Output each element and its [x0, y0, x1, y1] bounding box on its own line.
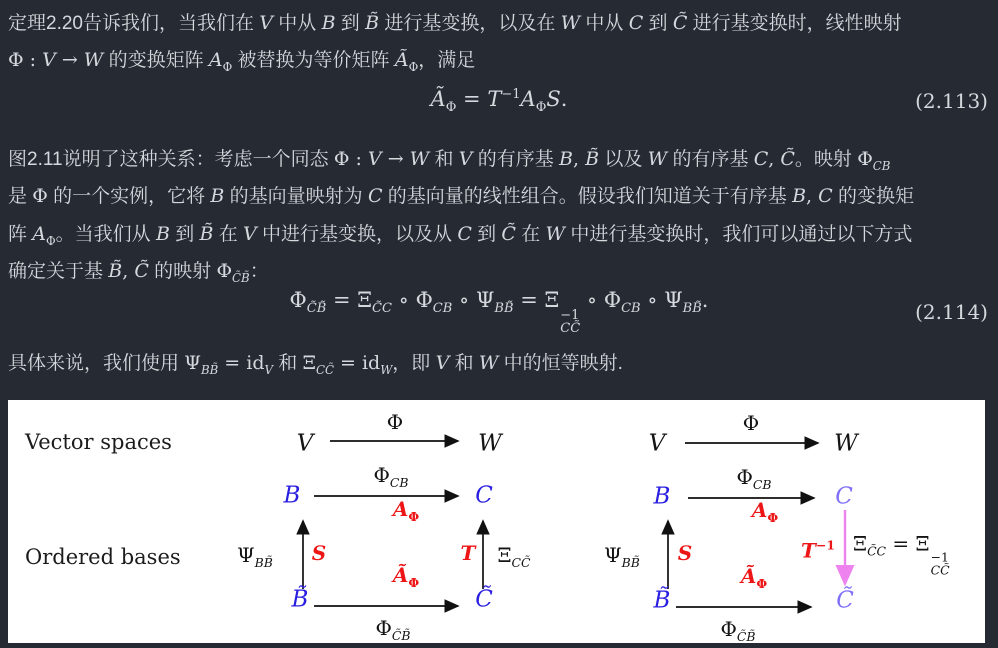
- paragraph2-line3: 阵 AΦ。当我们从 B 到 B̃ 在 V 中进行基变换，以及从 C 到 C̃ 在…: [8, 220, 994, 255]
- right-node-B: B: [654, 486, 671, 509]
- right-node-C: C: [835, 486, 853, 509]
- equation-2114-body: ΦC̃B̃ = ΞC̃C ∘ ΦCB ∘ ΨBB̃ = Ξ−1CC̃ ∘ ΦCB…: [290, 288, 709, 336]
- right-label-T-inverse: T−1: [801, 540, 835, 561]
- document-page: 定理2.20告诉我们，当我们在 V 中从 B 到 B̃ 进行基变换，以及在 W …: [0, 0, 998, 648]
- row-label-vector-spaces: Vector spaces: [25, 430, 172, 454]
- equation-2114: ΦC̃B̃ = ΞC̃C ∘ ΦCB ∘ ΨBB̃ = Ξ−1CC̃ ∘ ΦCB…: [0, 291, 998, 333]
- equation-2113: ÃΦ = T−1AΦS. (2.113): [0, 82, 998, 120]
- left-node-W: W: [478, 433, 502, 456]
- paragraph2-line1: 图2.11说明了这种关系：考虑一个同态 Φ : V → W 和 V 的有序基 B…: [8, 145, 994, 180]
- right-label-phi-ctbt: ΦC̃B̃: [721, 619, 756, 643]
- left-label-phi-ctbt: ΦC̃B̃: [376, 618, 411, 642]
- right-label-phi: Φ: [743, 413, 759, 433]
- left-node-V: V: [297, 433, 314, 456]
- right-label-S: S: [678, 543, 692, 563]
- equation-2113-tag: (2.113): [915, 89, 988, 113]
- right-label-psi-bbt: ΨBB̃: [604, 545, 640, 569]
- paragraph3-line1: 具体来说，我们使用 ΨBB̃ = idV 和 ΞCC̃ = idW，即 V 和 …: [8, 349, 994, 384]
- left-label-At-phi: ÃΦ: [393, 565, 419, 589]
- figure-2-11: Vector spaces Ordered bases V W Φ B C ΦC…: [8, 400, 985, 643]
- left-label-T: T: [461, 543, 476, 563]
- left-node-C: C: [475, 485, 493, 508]
- left-label-S: S: [312, 543, 326, 563]
- row-label-ordered-bases: Ordered bases: [25, 545, 181, 569]
- right-node-W: W: [834, 433, 858, 456]
- right-label-A-phi: AΦ: [752, 500, 778, 524]
- paragraph1-line1: 定理2.20告诉我们，当我们在 V 中从 B 到 B̃ 进行基变换，以及在 W …: [8, 9, 994, 38]
- left-label-phi: Φ: [387, 412, 403, 432]
- equation-2113-body: ÃΦ = T−1AΦS.: [431, 87, 568, 115]
- left-label-xi-cct: ΞCC̃: [497, 545, 530, 569]
- paragraph1-line2: Φ : V → W 的变换矩阵 AΦ 被替换为等价矩阵 ÃΦ，满足: [8, 46, 994, 81]
- right-label-At-phi: ÃΦ: [741, 566, 767, 590]
- left-label-A-phi: AΦ: [393, 499, 419, 523]
- equation-2114-tag: (2.114): [915, 300, 988, 324]
- left-node-Ct: C̃: [475, 589, 493, 612]
- left-node-Bt: B̃: [292, 589, 309, 612]
- right-node-Bt: B̃: [654, 590, 671, 613]
- paragraph2-line2: 是 Φ 的一个实例，它将 B 的基向量映射为 C 的基向量的线性组合。假设我们知…: [8, 182, 994, 211]
- right-label-xi-equation: ΞC̃C = Ξ−1CC̃: [853, 533, 950, 576]
- left-label-psi-bbt: ΨBB̃: [237, 545, 273, 569]
- left-node-B: B: [284, 485, 301, 508]
- paragraph2-line4: 确定关于基 B̃, C̃ 的映射 ΦC̃B̃：: [8, 257, 994, 292]
- left-label-phi-cb: ΦCB: [374, 465, 409, 489]
- right-label-phi-cb: ΦCB: [737, 467, 772, 491]
- right-node-V: V: [649, 433, 666, 456]
- right-node-Ct: C̃: [836, 590, 854, 613]
